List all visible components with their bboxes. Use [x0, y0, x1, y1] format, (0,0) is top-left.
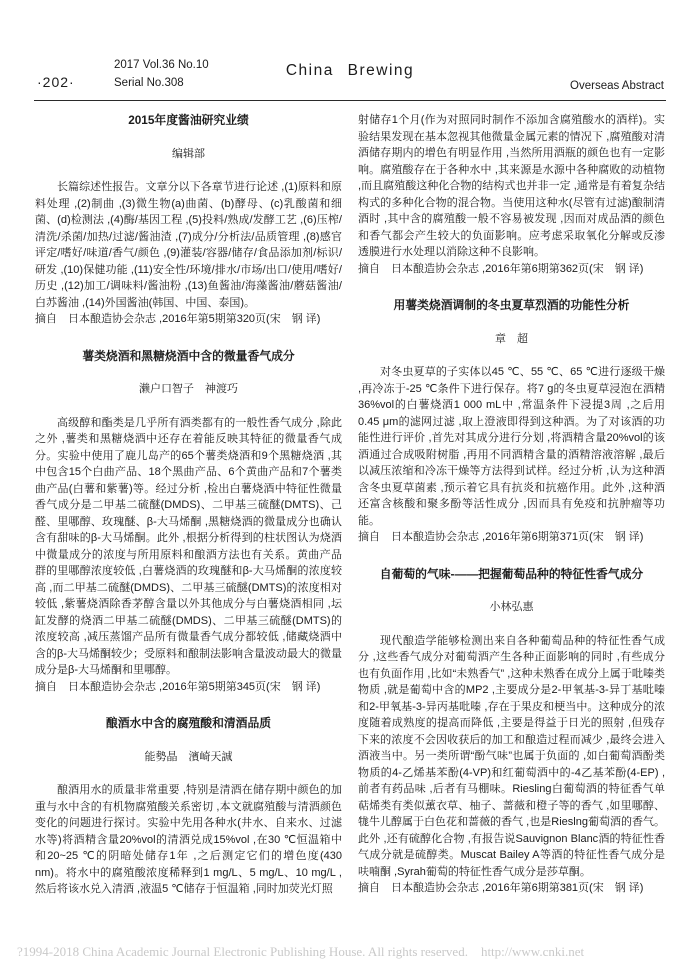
article-authors: 小林弘惠 — [358, 599, 665, 616]
article-title: 2015年度酱油研究业绩 — [35, 112, 342, 129]
right-column: 射储存1个月(作为对照同时制作不添加含腐殖酸水的酒样)。实验结果发现在基本忽视其… — [358, 107, 665, 941]
article-authors: 编辑部 — [35, 146, 342, 163]
citation-line: 摘自 日本酿造协会杂志 ,2016年第6期第381页(宋 钢 译) — [358, 880, 665, 897]
article-authors: 能勢晶 濱崎天誠 — [35, 749, 342, 766]
article-title: 用薯类烧酒调制的冬虫夏草烈酒的功能性分析 — [358, 297, 665, 314]
article-authors: 濑户口智子 神渡巧 — [35, 381, 342, 398]
abstract-paragraph: 射储存1个月(作为对照同时制作不添加含腐殖酸水的酒样)。实验结果发现在基本忽视其… — [358, 112, 665, 261]
article-authors: 章 超 — [358, 331, 665, 348]
citation-line: 摘自 日本酿造协会杂志 ,2016年第6期第362页(宋 钢 译) — [358, 261, 665, 278]
abstract-paragraph: 长篇综述性报告。文章分以下各章节进行论述 ,(1)原料和原料处理 ,(2)制曲 … — [35, 179, 342, 311]
article-title: 酿酒水中含的腐殖酸和清酒品质 — [35, 715, 342, 732]
article-title: 薯类烧酒和黑糖烧酒中含的微量香气成分 — [35, 348, 342, 365]
article-title: 自葡萄的气味-——把握葡萄品种的特征性香气成分 — [358, 566, 665, 583]
citation-line: 摘自 日本酿造协会杂志 ,2016年第5期第345页(宋 钢 译) — [35, 679, 342, 696]
citation-line: 摘自 日本酿造协会杂志 ,2016年第5期第320页(宋 钢 译) — [35, 311, 342, 328]
journal-page: ·202· 2017 Vol.36 No.10 Serial No.308 Ch… — [0, 0, 700, 967]
section-label: Overseas Abstract — [570, 80, 664, 92]
abstract-paragraph: 酿酒用水的质量非常重要 ,特别是清酒在储存期中颜色的加重与水中含的有机物腐殖酸关… — [35, 782, 342, 898]
abstract-paragraph: 高级醇和酯类是几乎所有酒类都有的一般性香气成分 ,除此之外 ,薯类和黑糖烧酒中还… — [35, 415, 342, 679]
left-column: 2015年度酱油研究业绩编辑部长篇综述性报告。文章分以下各章节进行论述 ,(1)… — [35, 107, 342, 941]
abstract-paragraph: 现代酿造学能够检测出来自各种葡萄品种的特征性香气成分 ,这些香气成分对葡萄酒产生… — [358, 633, 665, 881]
abstract-paragraph: 对冬虫夏草的子实体以45 ℃、55 ℃、65 ℃进行逐级干燥 ,再冷冻于-25 … — [358, 364, 665, 529]
citation-line: 摘自 日本酿造协会杂志 ,2016年第6期第371页(宋 钢 译) — [358, 529, 665, 546]
copyright-footer: ?1994-2018 China Academic Journal Electr… — [17, 944, 690, 960]
journal-name: China Brewing — [0, 62, 700, 80]
header-rule — [34, 100, 666, 101]
content-columns: 2015年度酱油研究业绩编辑部长篇综述性报告。文章分以下各章节进行论述 ,(1)… — [35, 107, 665, 941]
